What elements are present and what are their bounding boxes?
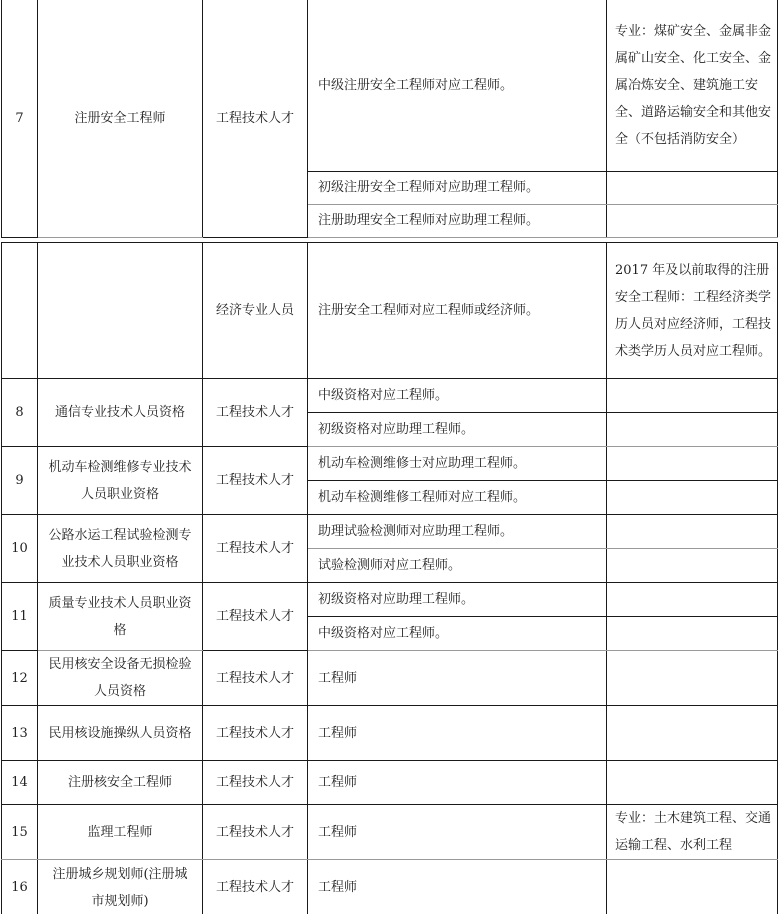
correspondence-desc: 中级资格对应工程师。 bbox=[308, 379, 607, 413]
row-number: 10 bbox=[2, 515, 38, 583]
remark bbox=[607, 204, 778, 237]
table-row: 11 质量专业技术人员职业资格 工程技术人才 初级资格对应助理工程师。 bbox=[2, 583, 778, 617]
table-row: 14 注册核安全工程师 工程技术人才 工程师 bbox=[2, 761, 778, 805]
correspondence-desc: 机动车检测维修士对应助理工程师。 bbox=[308, 447, 607, 481]
talent-category: 经济专业人员 bbox=[203, 243, 308, 379]
talent-category: 工程技术人才 bbox=[203, 805, 308, 860]
remark: 2017 年及以前取得的注册安全工程师：工程经济类学历人员对应经济师，工程技术类… bbox=[607, 243, 778, 379]
correspondence-desc: 注册助理安全工程师对应助理工程师。 bbox=[308, 204, 607, 237]
row-number: 8 bbox=[2, 379, 38, 447]
correspondence-desc: 初级资格对应助理工程师。 bbox=[308, 413, 607, 447]
qualification-name bbox=[38, 243, 203, 379]
talent-category: 工程技术人才 bbox=[203, 651, 308, 706]
qualification-name: 注册安全工程师 bbox=[38, 0, 203, 237]
remark bbox=[607, 549, 778, 583]
correspondence-desc: 中级资格对应工程师。 bbox=[308, 617, 607, 651]
talent-category: 工程技术人才 bbox=[203, 761, 308, 805]
qualification-name: 监理工程师 bbox=[38, 805, 203, 860]
table-row: 9 机动车检测维修专业技术人员职业资格 工程技术人才 机动车检测维修士对应助理工… bbox=[2, 447, 778, 481]
row-number bbox=[2, 243, 38, 379]
talent-category: 工程技术人才 bbox=[203, 706, 308, 761]
table-row: 12 民用核安全设备无损检验人员资格 工程技术人才 工程师 bbox=[2, 651, 778, 706]
correspondence-desc: 工程师 bbox=[308, 706, 607, 761]
table-row: 15 监理工程师 工程技术人才 工程师 专业：土木建筑工程、交通运输工程、水利工… bbox=[2, 805, 778, 860]
row-number: 14 bbox=[2, 761, 38, 805]
correspondence-desc: 助理试验检测师对应助理工程师。 bbox=[308, 515, 607, 549]
correspondence-desc: 工程师 bbox=[308, 805, 607, 860]
correspondence-desc: 试验检测师对应工程师。 bbox=[308, 549, 607, 583]
row-number: 7 bbox=[2, 0, 38, 237]
qualification-table-part1: 7 注册安全工程师 工程技术人才 中级注册安全工程师对应工程师。 专业：煤矿安全… bbox=[1, 0, 778, 238]
row-number: 13 bbox=[2, 706, 38, 761]
row-number: 16 bbox=[2, 860, 38, 914]
correspondence-desc: 注册安全工程师对应工程师或经济师。 bbox=[308, 243, 607, 379]
row-number: 9 bbox=[2, 447, 38, 515]
remark bbox=[607, 379, 778, 413]
qualification-name: 民用核设施操纵人员资格 bbox=[38, 706, 203, 761]
correspondence-desc: 机动车检测维修工程师对应工程师。 bbox=[308, 481, 607, 515]
remark: 专业：土木建筑工程、交通运输工程、水利工程 bbox=[607, 805, 778, 860]
row-number: 15 bbox=[2, 805, 38, 860]
row-number: 12 bbox=[2, 651, 38, 706]
row-number: 11 bbox=[2, 583, 38, 651]
qualification-name: 注册核安全工程师 bbox=[38, 761, 203, 805]
qualification-table-part2: 经济专业人员 注册安全工程师对应工程师或经济师。 2017 年及以前取得的注册安… bbox=[1, 242, 778, 914]
qualification-name: 通信专业技术人员资格 bbox=[38, 379, 203, 447]
remark bbox=[607, 860, 778, 914]
remark bbox=[607, 171, 778, 204]
remark bbox=[607, 706, 778, 761]
talent-category: 工程技术人才 bbox=[203, 0, 308, 237]
table-row: 8 通信专业技术人员资格 工程技术人才 中级资格对应工程师。 bbox=[2, 379, 778, 413]
talent-category: 工程技术人才 bbox=[203, 379, 308, 447]
talent-category: 工程技术人才 bbox=[203, 583, 308, 651]
table-row: 16 注册城乡规划师(注册城市规划师) 工程技术人才 工程师 bbox=[2, 860, 778, 914]
talent-category: 工程技术人才 bbox=[203, 860, 308, 914]
talent-category: 工程技术人才 bbox=[203, 515, 308, 583]
talent-category: 工程技术人才 bbox=[203, 447, 308, 515]
correspondence-desc: 工程师 bbox=[308, 651, 607, 706]
correspondence-desc: 中级注册安全工程师对应工程师。 bbox=[308, 0, 607, 171]
table-row: 13 民用核设施操纵人员资格 工程技术人才 工程师 bbox=[2, 706, 778, 761]
qualification-name: 机动车检测维修专业技术人员职业资格 bbox=[38, 447, 203, 515]
correspondence-desc: 工程师 bbox=[308, 860, 607, 914]
table-row: 10 公路水运工程试验检测专业技术人员职业资格 工程技术人才 助理试验检测师对应… bbox=[2, 515, 778, 549]
remark bbox=[607, 447, 778, 481]
remark bbox=[607, 413, 778, 447]
table-row: 经济专业人员 注册安全工程师对应工程师或经济师。 2017 年及以前取得的注册安… bbox=[2, 243, 778, 379]
qualification-name: 民用核安全设备无损检验人员资格 bbox=[38, 651, 203, 706]
correspondence-desc: 初级资格对应助理工程师。 bbox=[308, 583, 607, 617]
qualification-name: 质量专业技术人员职业资格 bbox=[38, 583, 203, 651]
correspondence-desc: 工程师 bbox=[308, 761, 607, 805]
remark: 专业：煤矿安全、金属非金属矿山安全、化工安全、金属冶炼安全、建筑施工安全、道路运… bbox=[607, 0, 778, 171]
qualification-name: 注册城乡规划师(注册城市规划师) bbox=[38, 860, 203, 914]
correspondence-desc: 初级注册安全工程师对应助理工程师。 bbox=[308, 171, 607, 204]
remark bbox=[607, 583, 778, 617]
remark bbox=[607, 651, 778, 706]
remark bbox=[607, 761, 778, 805]
remark bbox=[607, 515, 778, 549]
remark bbox=[607, 481, 778, 515]
remark bbox=[607, 617, 778, 651]
qualification-name: 公路水运工程试验检测专业技术人员职业资格 bbox=[38, 515, 203, 583]
table-row: 7 注册安全工程师 工程技术人才 中级注册安全工程师对应工程师。 专业：煤矿安全… bbox=[2, 0, 778, 171]
